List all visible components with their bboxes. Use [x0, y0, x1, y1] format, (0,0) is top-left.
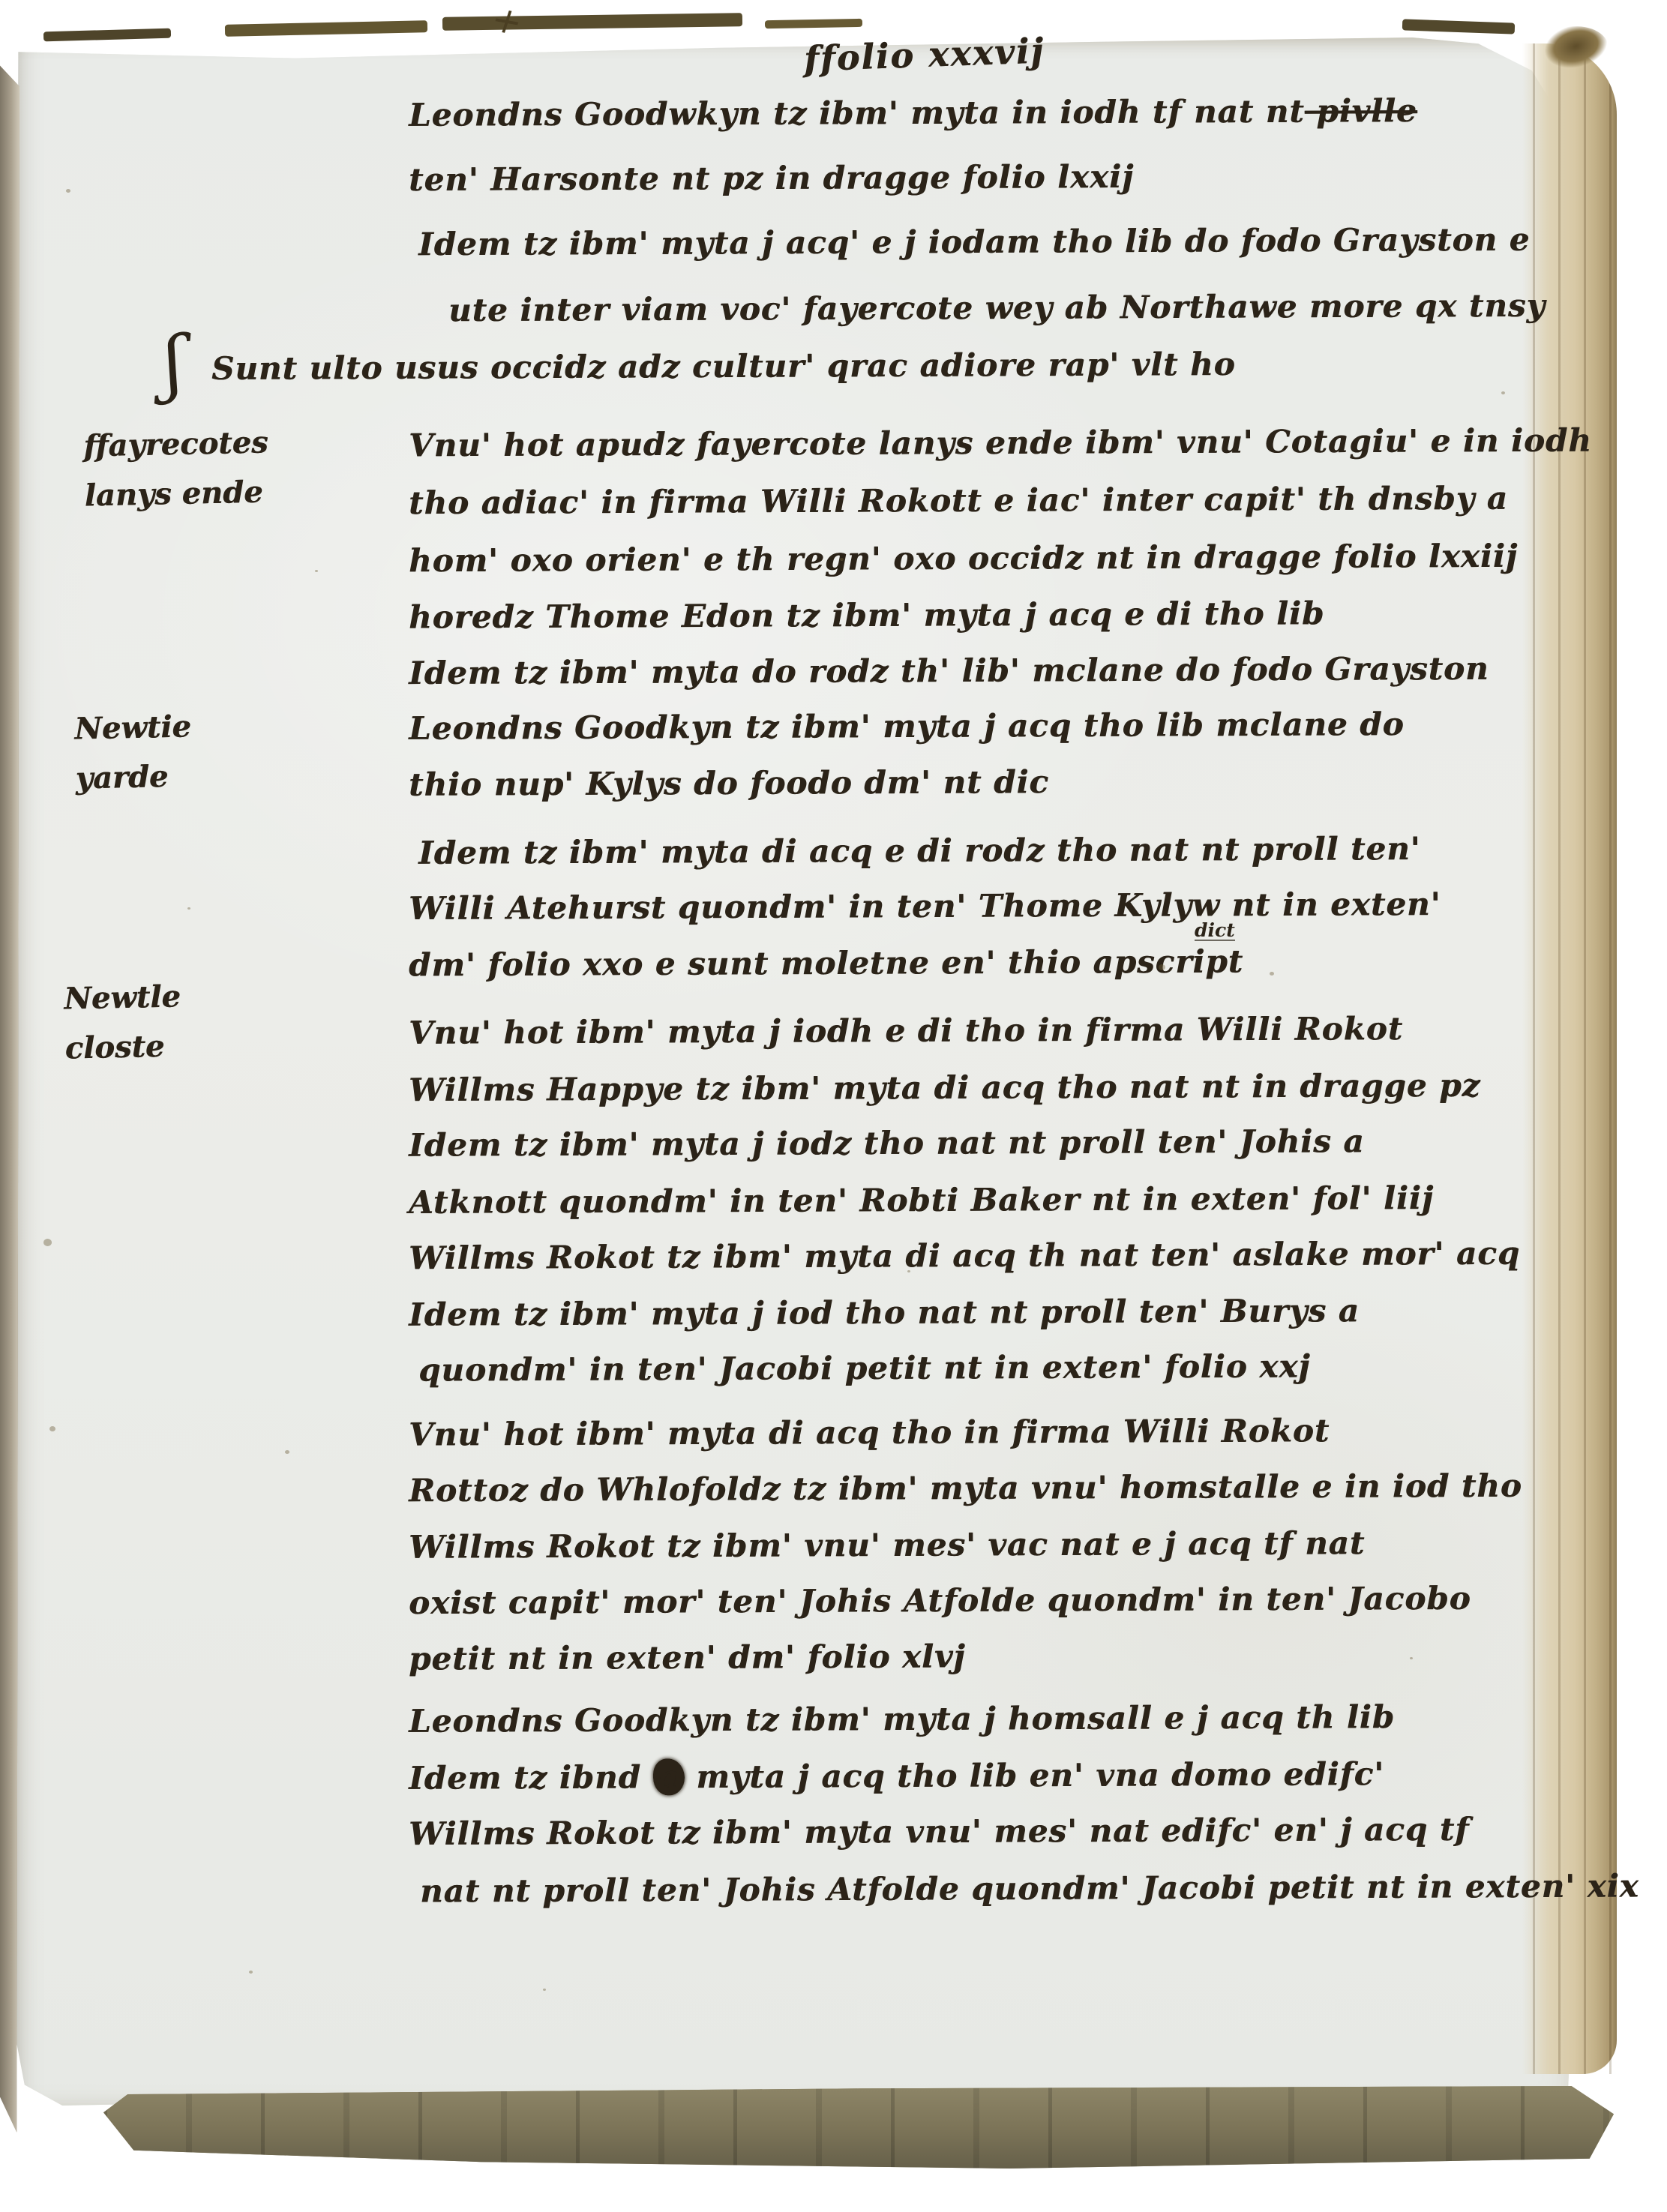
- manuscript-line: Rottoz do Whlofoldz tz ibm' myta vnu' ho…: [409, 1469, 1522, 1509]
- manuscript-line: Willms Rokot tz ibm' vnu' mes' vac nat e…: [409, 1526, 1365, 1565]
- paper-stain: [1501, 391, 1505, 394]
- manuscript-line: Leondns Goodkyn tz ibm' myta j homsall e…: [409, 1700, 1395, 1739]
- manuscript-line: horedz Thome Edon tz ibm' myta j acq e d…: [409, 596, 1325, 635]
- line-text: Idem tz ibnd: [409, 1758, 653, 1796]
- manuscript-line: hom' oxo orien' e th regn' oxo occidz nt…: [409, 539, 1518, 579]
- book-bottom-edge: [103, 2086, 1614, 2169]
- margin-note-line: ffayrecotes: [83, 418, 269, 471]
- paper-stain: [1410, 1657, 1413, 1659]
- margin-note-line: lanys ende: [84, 467, 270, 520]
- manuscript-line: Sunt ulto usus occidz adz cultur' qrac a…: [211, 347, 1236, 386]
- superscript-insertion: dict: [1195, 921, 1235, 941]
- margin-note-line: closte: [64, 1021, 182, 1073]
- manuscript-line: Leondns Goodkyn tz ibm' myta j acq tho l…: [409, 707, 1405, 746]
- margin-note: Newtieyarde: [74, 702, 193, 803]
- paper-stain: [1159, 964, 1165, 970]
- paper-stain: [285, 1450, 289, 1454]
- margin-note: ffayrecoteslanys ende: [83, 418, 270, 520]
- margin-note-line: Newtle: [64, 972, 181, 1024]
- margin-note-line: yarde: [75, 751, 193, 803]
- paper-stain: [907, 1270, 910, 1272]
- manuscript-line: petit nt in exten' dm' folio xlvj: [409, 1639, 966, 1676]
- torn-paper-fragment: [43, 28, 171, 42]
- line-text: myta j acq tho lib en' vna domo edifc': [685, 1755, 1385, 1795]
- paper-stain: [315, 570, 318, 572]
- cross-mark: +: [487, 1, 528, 40]
- manuscript-line: Idem tz ibm' myta j iod tho nat nt proll…: [409, 1293, 1360, 1332]
- manuscript-line: Idem tz ibm' myta j iodz tho nat nt prol…: [409, 1124, 1365, 1163]
- paper-stain: [1270, 972, 1274, 976]
- manuscript-line: Leondns Goodwkyn tz ibm' myta in iodh tf…: [409, 94, 1417, 133]
- manuscript-line: Idem tz ibm' myta do rodz th' lib' mclan…: [409, 652, 1489, 691]
- paper-stain: [187, 907, 190, 910]
- torn-paper-fragment: [225, 20, 427, 37]
- manuscript-line: Willms Rokot tz ibm' myta vnu' mes' nat …: [409, 1812, 1469, 1851]
- manuscript-line: ute inter viam voc' fayercote wey ab Nor…: [448, 289, 1546, 328]
- manuscript-line: oxist capit' mor' ten' Johis Atfolde quo…: [409, 1581, 1471, 1620]
- paper-stain: [49, 1426, 55, 1431]
- blotted-word: a: [652, 1758, 684, 1795]
- manuscript-line: quondm' in ten' Jacobi petit nt in exten…: [418, 1349, 1311, 1387]
- paper-stain: [43, 1239, 52, 1246]
- paper-stain: [66, 189, 70, 193]
- manuscript-line: Willms Rokot tz ibm' myta di acq th nat …: [409, 1236, 1520, 1276]
- margin-note-line: Newtie: [74, 702, 192, 754]
- manuscript-line: Willms Happye tz ibm' myta di acq tho na…: [409, 1069, 1481, 1107]
- margin-note: Newtlecloste: [64, 972, 182, 1073]
- manuscript-line: Vnu' hot ibm' myta j iodh e di tho in fi…: [409, 1012, 1403, 1051]
- manuscript-line: Idem tz ibnd a myta j acq tho lib en' vn…: [409, 1757, 1384, 1796]
- manuscript-line: Vnu' hot apudz fayercote lanys ende ibm'…: [409, 424, 1592, 463]
- manuscript-line: dm' folio xxo e sunt moletne en' thio ap…: [409, 945, 1243, 983]
- page-curl-edge: [1522, 43, 1617, 2074]
- struck-word: pivlle: [1305, 92, 1417, 130]
- manuscript-line: Idem tz ibm' myta j acq' e j iodam tho l…: [418, 223, 1531, 262]
- torn-paper-fragment: [442, 13, 742, 31]
- manuscript-line: ten' Harsonte nt pz in dragge folio lxxi…: [409, 160, 1134, 197]
- manuscript-line: Idem tz ibm' myta di acq e di rodz tho n…: [418, 832, 1421, 871]
- manuscript-line: tho adiac' in firma Willi Rokott e iac' …: [409, 481, 1508, 521]
- manuscript-line: nat nt proll ten' Johis Atfolde quondm' …: [420, 1869, 1639, 1908]
- manuscript-line: Vnu' hot ibm' myta di acq tho in firma W…: [409, 1413, 1330, 1452]
- binding-edge: [0, 61, 19, 2149]
- manuscript-line: thio nup' Kylys do foodo dm' nt dic: [409, 765, 1049, 802]
- manuscript-photo: + ffolio xxxvij ʃ ffayrecoteslanys endeN…: [0, 0, 1667, 2212]
- paper-stain: [840, 558, 844, 561]
- manuscript-line: Willi Atehurst quondm' in ten' Thome Kyl…: [409, 887, 1441, 926]
- paper-stain: [249, 1971, 253, 1974]
- manuscript-line: Atknott quondm' in ten' Robti Baker nt i…: [409, 1181, 1434, 1220]
- torn-paper-fragment: [765, 19, 862, 28]
- folio-header: ffolio xxxvij: [803, 30, 1045, 79]
- paper-stain: [543, 1989, 546, 1991]
- torn-paper-fragment: [1402, 19, 1515, 34]
